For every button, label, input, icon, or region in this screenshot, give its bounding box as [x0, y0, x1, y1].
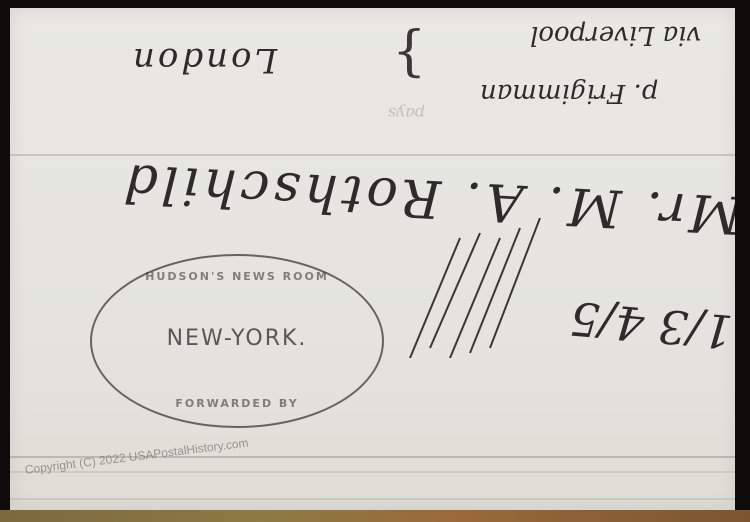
handstamp-top-text: HUDSON'S NEWS ROOM — [92, 270, 382, 283]
forwarder-handstamp: HUDSON'S NEWS ROOM NEW-YORK. FORWARDED B… — [90, 254, 384, 428]
fold-line — [10, 471, 735, 473]
routing-via-text: via Liverpool — [530, 20, 701, 50]
handstamp-city: NEW-YORK. — [92, 326, 382, 351]
signature-flourish-icon — [370, 208, 550, 358]
routing-brace: } — [392, 24, 426, 87]
mount-edge — [0, 510, 750, 522]
faint-offset-writing: pays — [388, 104, 425, 123]
postal-cover: via Liverpool p. Frigimman } London pays… — [10, 8, 735, 510]
address-city: London — [130, 40, 277, 80]
fold-line — [10, 154, 735, 156]
fold-line — [10, 498, 735, 500]
handstamp-bottom-text: FORWARDED BY — [92, 397, 382, 410]
manuscript-rate: 1/3 4/5 — [568, 291, 735, 359]
routing-ship-text: p. Frigimman — [480, 78, 658, 108]
